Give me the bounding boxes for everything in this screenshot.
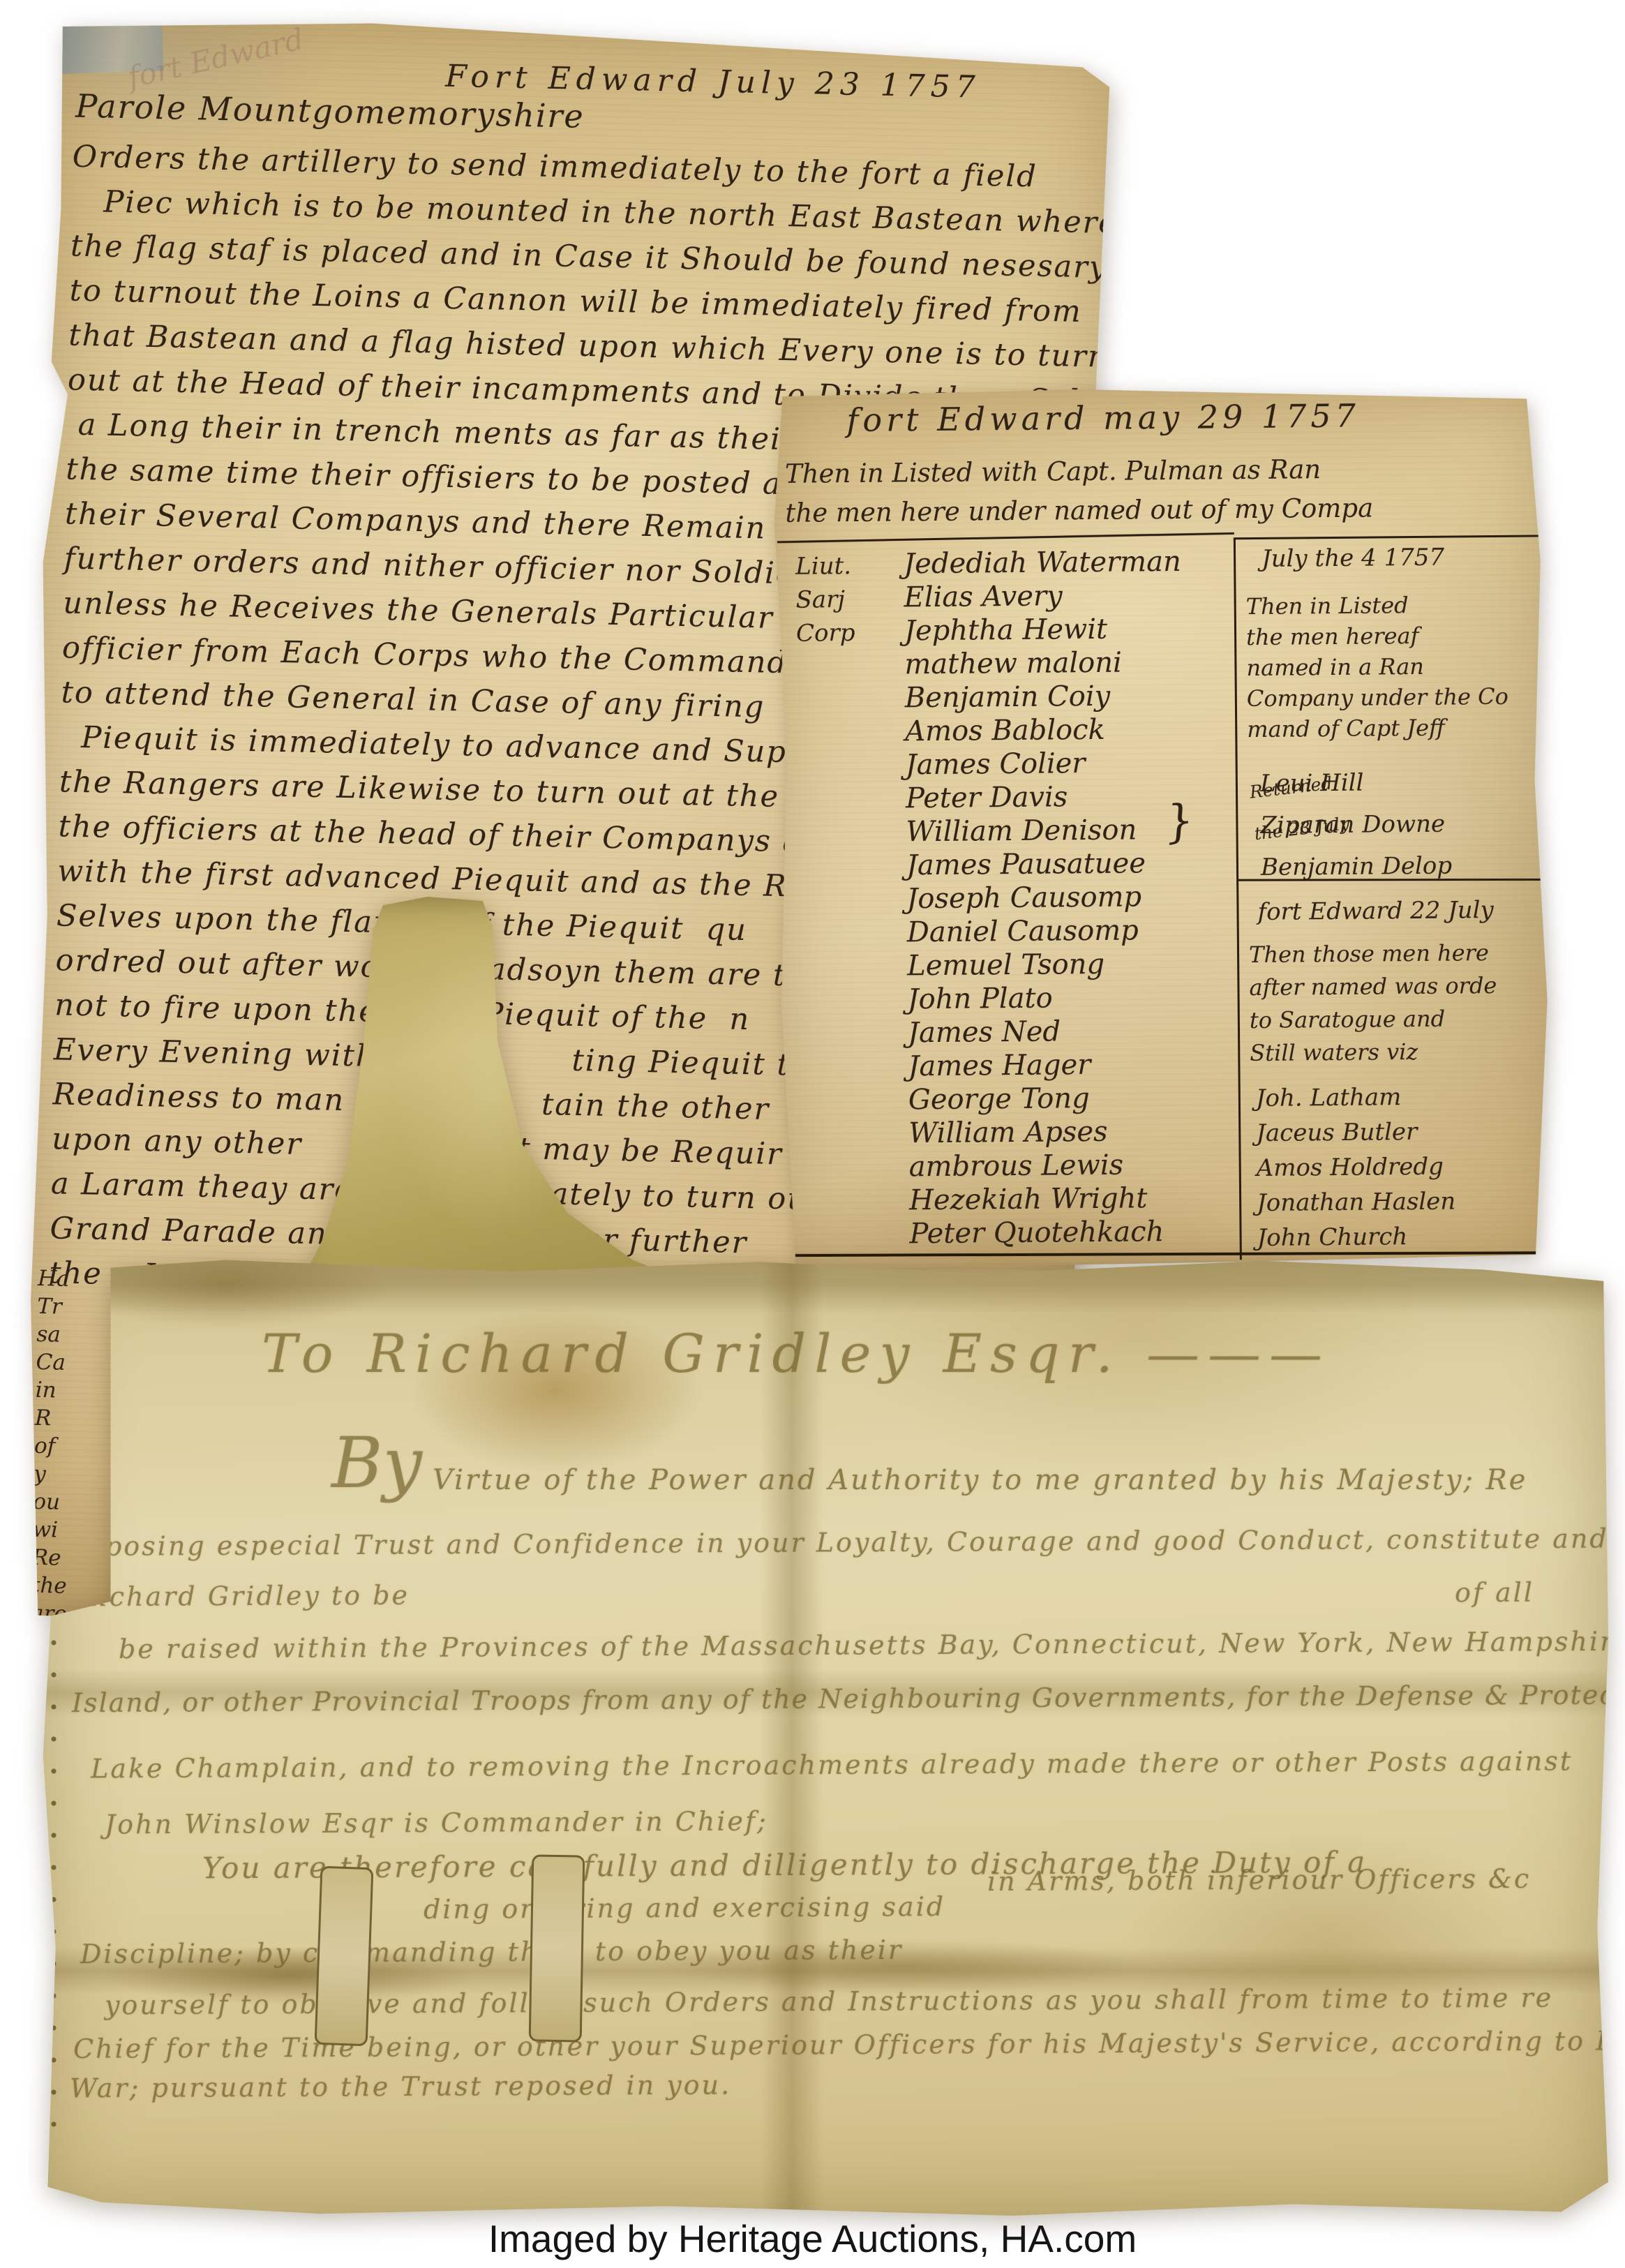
roster-rank (797, 740, 905, 741)
roster-row: Hezekiah Wright (801, 1181, 1187, 1218)
roster-row: James Colier (797, 746, 1183, 783)
roster-name: Joh. Latham (1256, 1080, 1455, 1116)
ink-rule (777, 532, 1234, 544)
roster-row: William Denison (797, 813, 1183, 850)
photograph-of-manuscripts: fort Edward Fort Edward July 23 1757 Par… (0, 0, 1625, 2268)
roster-name: James Colier (905, 747, 1085, 781)
roster-rank: Sarj (795, 582, 904, 616)
roster-row: James Ned (800, 1014, 1185, 1051)
manuscript-line: in Arms, both inferiour Officers &c (987, 1863, 1531, 1897)
brace-mark: } (1162, 794, 1197, 849)
roster-name: Daniel Causomp (907, 914, 1139, 948)
roster-row: Peter Davis (797, 779, 1183, 816)
roster-name: Leui Hill (1260, 761, 1452, 805)
commission-wrapper: To Richard Gridley Esqr. ——— By Virtue o… (38, 1256, 1608, 2216)
roster-name: ambrous Lewis (908, 1149, 1123, 1184)
roster-rank (801, 1209, 909, 1210)
roster-row: Lemuel Tsong (799, 947, 1185, 984)
manuscript-line: Company under the Co (1247, 681, 1508, 714)
manuscript-line: Discipline; by commanding them to obey y… (80, 1934, 903, 1969)
manuscript-line: War; pursuant to the Trust reposed in yo… (70, 2070, 731, 2104)
roster-rank (797, 807, 906, 808)
roster-rank (800, 1142, 908, 1143)
roster-name: Lemuel Tsong (907, 948, 1104, 982)
roster-name: Hezekiah Wright (909, 1182, 1148, 1216)
roster-row: Amos Bablock (797, 713, 1183, 749)
roster-name: John Plato (907, 983, 1052, 1016)
roster-name: William Apses (908, 1116, 1108, 1149)
roster-name: Ziparan Downe (1260, 803, 1452, 846)
roster-rank (799, 975, 907, 976)
roster-name: Joseph Causomp (906, 881, 1141, 915)
roster-rank (797, 774, 906, 775)
roster-row: James Pausatuee (798, 846, 1184, 883)
ink-rule (1238, 879, 1547, 881)
manuscript-line: ding ordering and exercising said (424, 1891, 945, 1925)
manuscript-line: mand of Capt Jeff (1247, 712, 1508, 745)
manuscript-line: Richard Gridley to be (77, 1580, 410, 1612)
muster-roll-page: fort Edward may 29 1757 Then in Listed w… (773, 385, 1550, 1270)
manuscript-line: Then in Listed (1246, 589, 1508, 622)
manuscript-line: Still waters viz (1250, 1035, 1497, 1070)
manuscript-line: posing especial Trust and Confidence in … (105, 1523, 1625, 1562)
roster-rank: Corp (796, 616, 904, 650)
roster-rank (797, 673, 905, 674)
july4-dateline: July the 4 1757 (1261, 544, 1444, 573)
image-credit: Imaged by Heritage Auctions, HA.com (0, 2216, 1625, 2261)
roster-name: Jedediah Waterman (904, 546, 1181, 580)
roster-row: Liut.Jedediah Waterman (795, 545, 1181, 582)
parchment-slit (315, 1866, 374, 2046)
roster-name: Amos Holdredg (1257, 1149, 1456, 1186)
roster-name: mathew maloni (904, 647, 1122, 681)
roster-rank (798, 874, 906, 875)
roster-rank (799, 941, 907, 942)
roster-rank (800, 1008, 908, 1009)
manuscript-line: after named was orde (1249, 969, 1497, 1004)
manuscript-line: of all (1455, 1577, 1534, 1609)
roster-row: ambrous Lewis (800, 1148, 1186, 1185)
roster-rank (802, 1243, 910, 1244)
roster-rank (798, 841, 906, 842)
muster-roster: Liut.Jedediah Waterman SarjElias Avery C… (795, 545, 1187, 1252)
roster-name: Peter Quotehkach (909, 1216, 1164, 1250)
manuscript-line: Island, or other Provincial Troops from … (72, 1679, 1625, 1718)
roster-row: CorpJephtha Hewit (796, 612, 1182, 649)
opening-line: Virtue of the Power and Authority to me … (433, 1464, 1527, 1496)
vellum-commission: To Richard Gridley Esqr. ——— By Virtue o… (38, 1256, 1608, 2216)
roster-rank (800, 1109, 908, 1110)
roster-row: Benjamin Coiy (797, 679, 1183, 716)
roster-row: John Plato (799, 980, 1185, 1017)
roster-name: Amos Bablock (905, 714, 1105, 747)
roster-name: Benjamin Coiy (905, 680, 1111, 715)
muster-roll-wrapper: fort Edward may 29 1757 Then in Listed w… (773, 385, 1550, 1270)
july4-names: Leui HillZiparan DowneBenjamin Delop (1260, 761, 1453, 888)
july4-lines: Then in Listedthe men hereafnamed in a R… (1246, 589, 1509, 745)
manuscript-line: John Winslow Esqr is Commander in Chief; (105, 1806, 768, 1840)
roster-row: William Apses (800, 1114, 1186, 1151)
manuscript-line: the men here under named out of my Compa (785, 489, 1373, 533)
roster-name: Benjamin Delop (1261, 845, 1453, 888)
roster-name: George Tong (908, 1082, 1090, 1116)
manuscript-line: Chief for the Time being, or other your … (73, 2025, 1625, 2064)
roster-rank: Liut. (795, 549, 904, 583)
roster-rank (800, 1042, 908, 1043)
manuscript-line: Then in Listed with Capt. Pulman as Ran (785, 450, 1373, 494)
roster-row: Joseph Causomp (798, 880, 1184, 917)
roster-name: Peter Davis (906, 781, 1068, 814)
roster-name: James Pausatuee (906, 847, 1146, 881)
roster-name: Elias Avery (904, 580, 1063, 613)
roster-name: James Hager (908, 1049, 1091, 1082)
roster-row: Peter Quotehkach (801, 1215, 1187, 1252)
july22-dateline: fort Edward 22 July (1257, 896, 1494, 926)
manuscript-line: Then those men here (1249, 937, 1497, 971)
lacing-holes (48, 1347, 59, 2149)
manuscript-line: Lake Champlain, and to removing the Incr… (91, 1745, 1573, 1784)
drop-cap: By (331, 1422, 422, 1504)
roster-name: Jonathan Haslen (1257, 1184, 1456, 1221)
right-column-box: July the 4 1757 Then in Listedthe men he… (1234, 535, 1550, 1260)
roster-rank (797, 707, 905, 708)
july22-names: Joh. LathamJaceus ButlerAmos HoldredgJon… (1256, 1080, 1456, 1255)
roster-name: William Denison (906, 814, 1137, 848)
roster-name: Jaceus Butler (1256, 1114, 1455, 1151)
roster-row: SarjElias Avery (795, 579, 1181, 616)
roster-rank (801, 1176, 909, 1177)
parchment-slit (529, 1854, 585, 2042)
july22-lines: Then those men hereafter named was ordet… (1249, 937, 1497, 1070)
manuscript-line: the men hereaf (1246, 620, 1508, 652)
roster-name: James Ned (908, 1015, 1061, 1049)
manuscript-line: be raised within the Provinces of the Ma… (119, 1625, 1625, 1664)
roster-row: mathew maloni (796, 646, 1182, 682)
manuscript-line: named in a Ran (1246, 650, 1508, 683)
roster-row: George Tong (800, 1081, 1186, 1118)
roster-rank (798, 908, 906, 909)
roster-row: James Hager (800, 1047, 1185, 1084)
manuscript-line: to Saratogue and (1250, 1002, 1497, 1037)
roster-name: John Church (1257, 1219, 1456, 1255)
roster-rank (800, 1075, 908, 1076)
roster-name: Jephtha Hewit (904, 613, 1108, 648)
roster-row: Daniel Causomp (799, 913, 1185, 950)
muster-dateline: fort Edward may 29 1757 (846, 397, 1360, 439)
address-line: To Richard Gridley Esqr. ——— (262, 1322, 1331, 1385)
muster-intro: Then in Listed with Capt. Pulman as Rant… (785, 450, 1374, 533)
